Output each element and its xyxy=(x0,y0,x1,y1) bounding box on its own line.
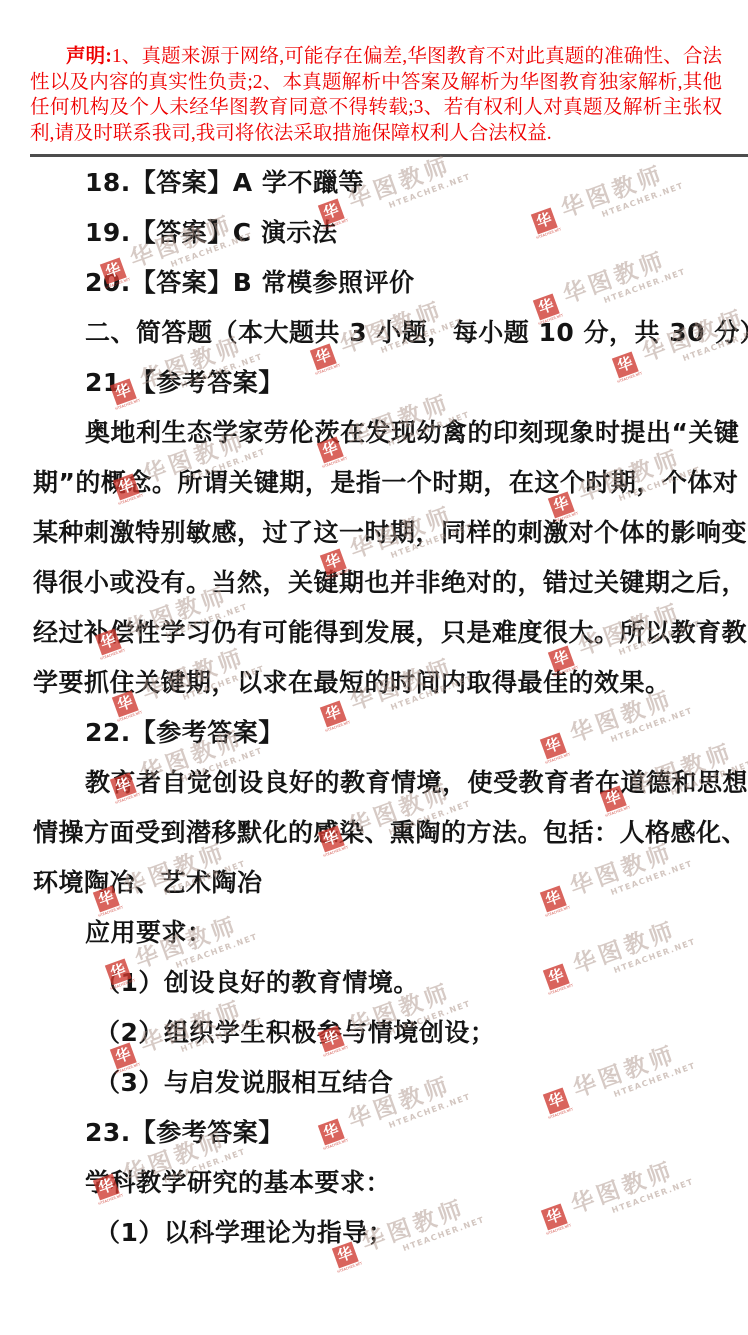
document-line: 23.【参考答案】 xyxy=(33,1108,722,1158)
document-line: 某种刺激特别敏感，过了这一时期，同样的刺激对个体的影响变 xyxy=(33,508,722,558)
document-line: 21.【参考答案】 xyxy=(33,358,722,408)
document-line: 环境陶冶、艺术陶冶 xyxy=(33,858,722,908)
document-body: 18.【答案】A 学不躐等19.【答案】C 演示法20.【答案】B 常模参照评价… xyxy=(33,158,722,1258)
document-line: 18.【答案】A 学不躐等 xyxy=(33,158,722,208)
document-line: 学科教学研究的基本要求： xyxy=(33,1158,722,1208)
section-divider xyxy=(30,154,748,157)
document-line: 期”的概念。所谓关键期，是指一个时期，在这个时期，个体对 xyxy=(33,458,722,508)
document-line: （2）组织学生积极参与情境创设； xyxy=(33,1008,722,1058)
document-line: 22.【参考答案】 xyxy=(33,708,722,758)
document-line: （1）以科学理论为指导； xyxy=(33,1208,722,1258)
document-line: 奥地利生态学家劳伦茨在发现幼禽的印刻现象时提出“关键 xyxy=(33,408,722,458)
document-line: （1）创设良好的教育情境。 xyxy=(33,958,722,1008)
watermark-logo-caption: HTEACHER.NET xyxy=(337,1261,363,1275)
document-line: 教育者自觉创设良好的教育情境，使受教育者在道德和思想 xyxy=(33,758,722,808)
document-line: 19.【答案】C 演示法 xyxy=(33,208,722,258)
document-line: 学要抓住关键期，以求在最短的时间内取得最佳的效果。 xyxy=(33,658,722,708)
document-line: 二、简答题（本大题共 3 小题，每小题 10 分，共 30 分） xyxy=(33,308,722,358)
disclaimer-text: 1、真题来源于网络,可能存在偏差,华图教育不对此真题的准确性、合法性以及内容的真… xyxy=(30,46,722,144)
disclaimer-paragraph: 声明:1、真题来源于网络,可能存在偏差,华图教育不对此真题的准确性、合法性以及内… xyxy=(30,44,722,146)
document-page: { "page": { "background": "#ffffff", "bo… xyxy=(0,0,748,1335)
document-line: （3）与启发说服相互结合 xyxy=(33,1058,722,1108)
disclaimer-label: 声明: xyxy=(66,46,112,67)
document-line: 应用要求： xyxy=(33,908,722,958)
document-line: 得很小或没有。当然，关键期也并非绝对的，错过关键期之后， xyxy=(33,558,722,608)
document-line: 经过补偿性学习仍有可能得到发展，只是难度很大。所以教育教 xyxy=(33,608,722,658)
document-line: 20.【答案】B 常模参照评价 xyxy=(33,258,722,308)
document-line: 情操方面受到潜移默化的感染、熏陶的方法。包括：人格感化、 xyxy=(33,808,722,858)
